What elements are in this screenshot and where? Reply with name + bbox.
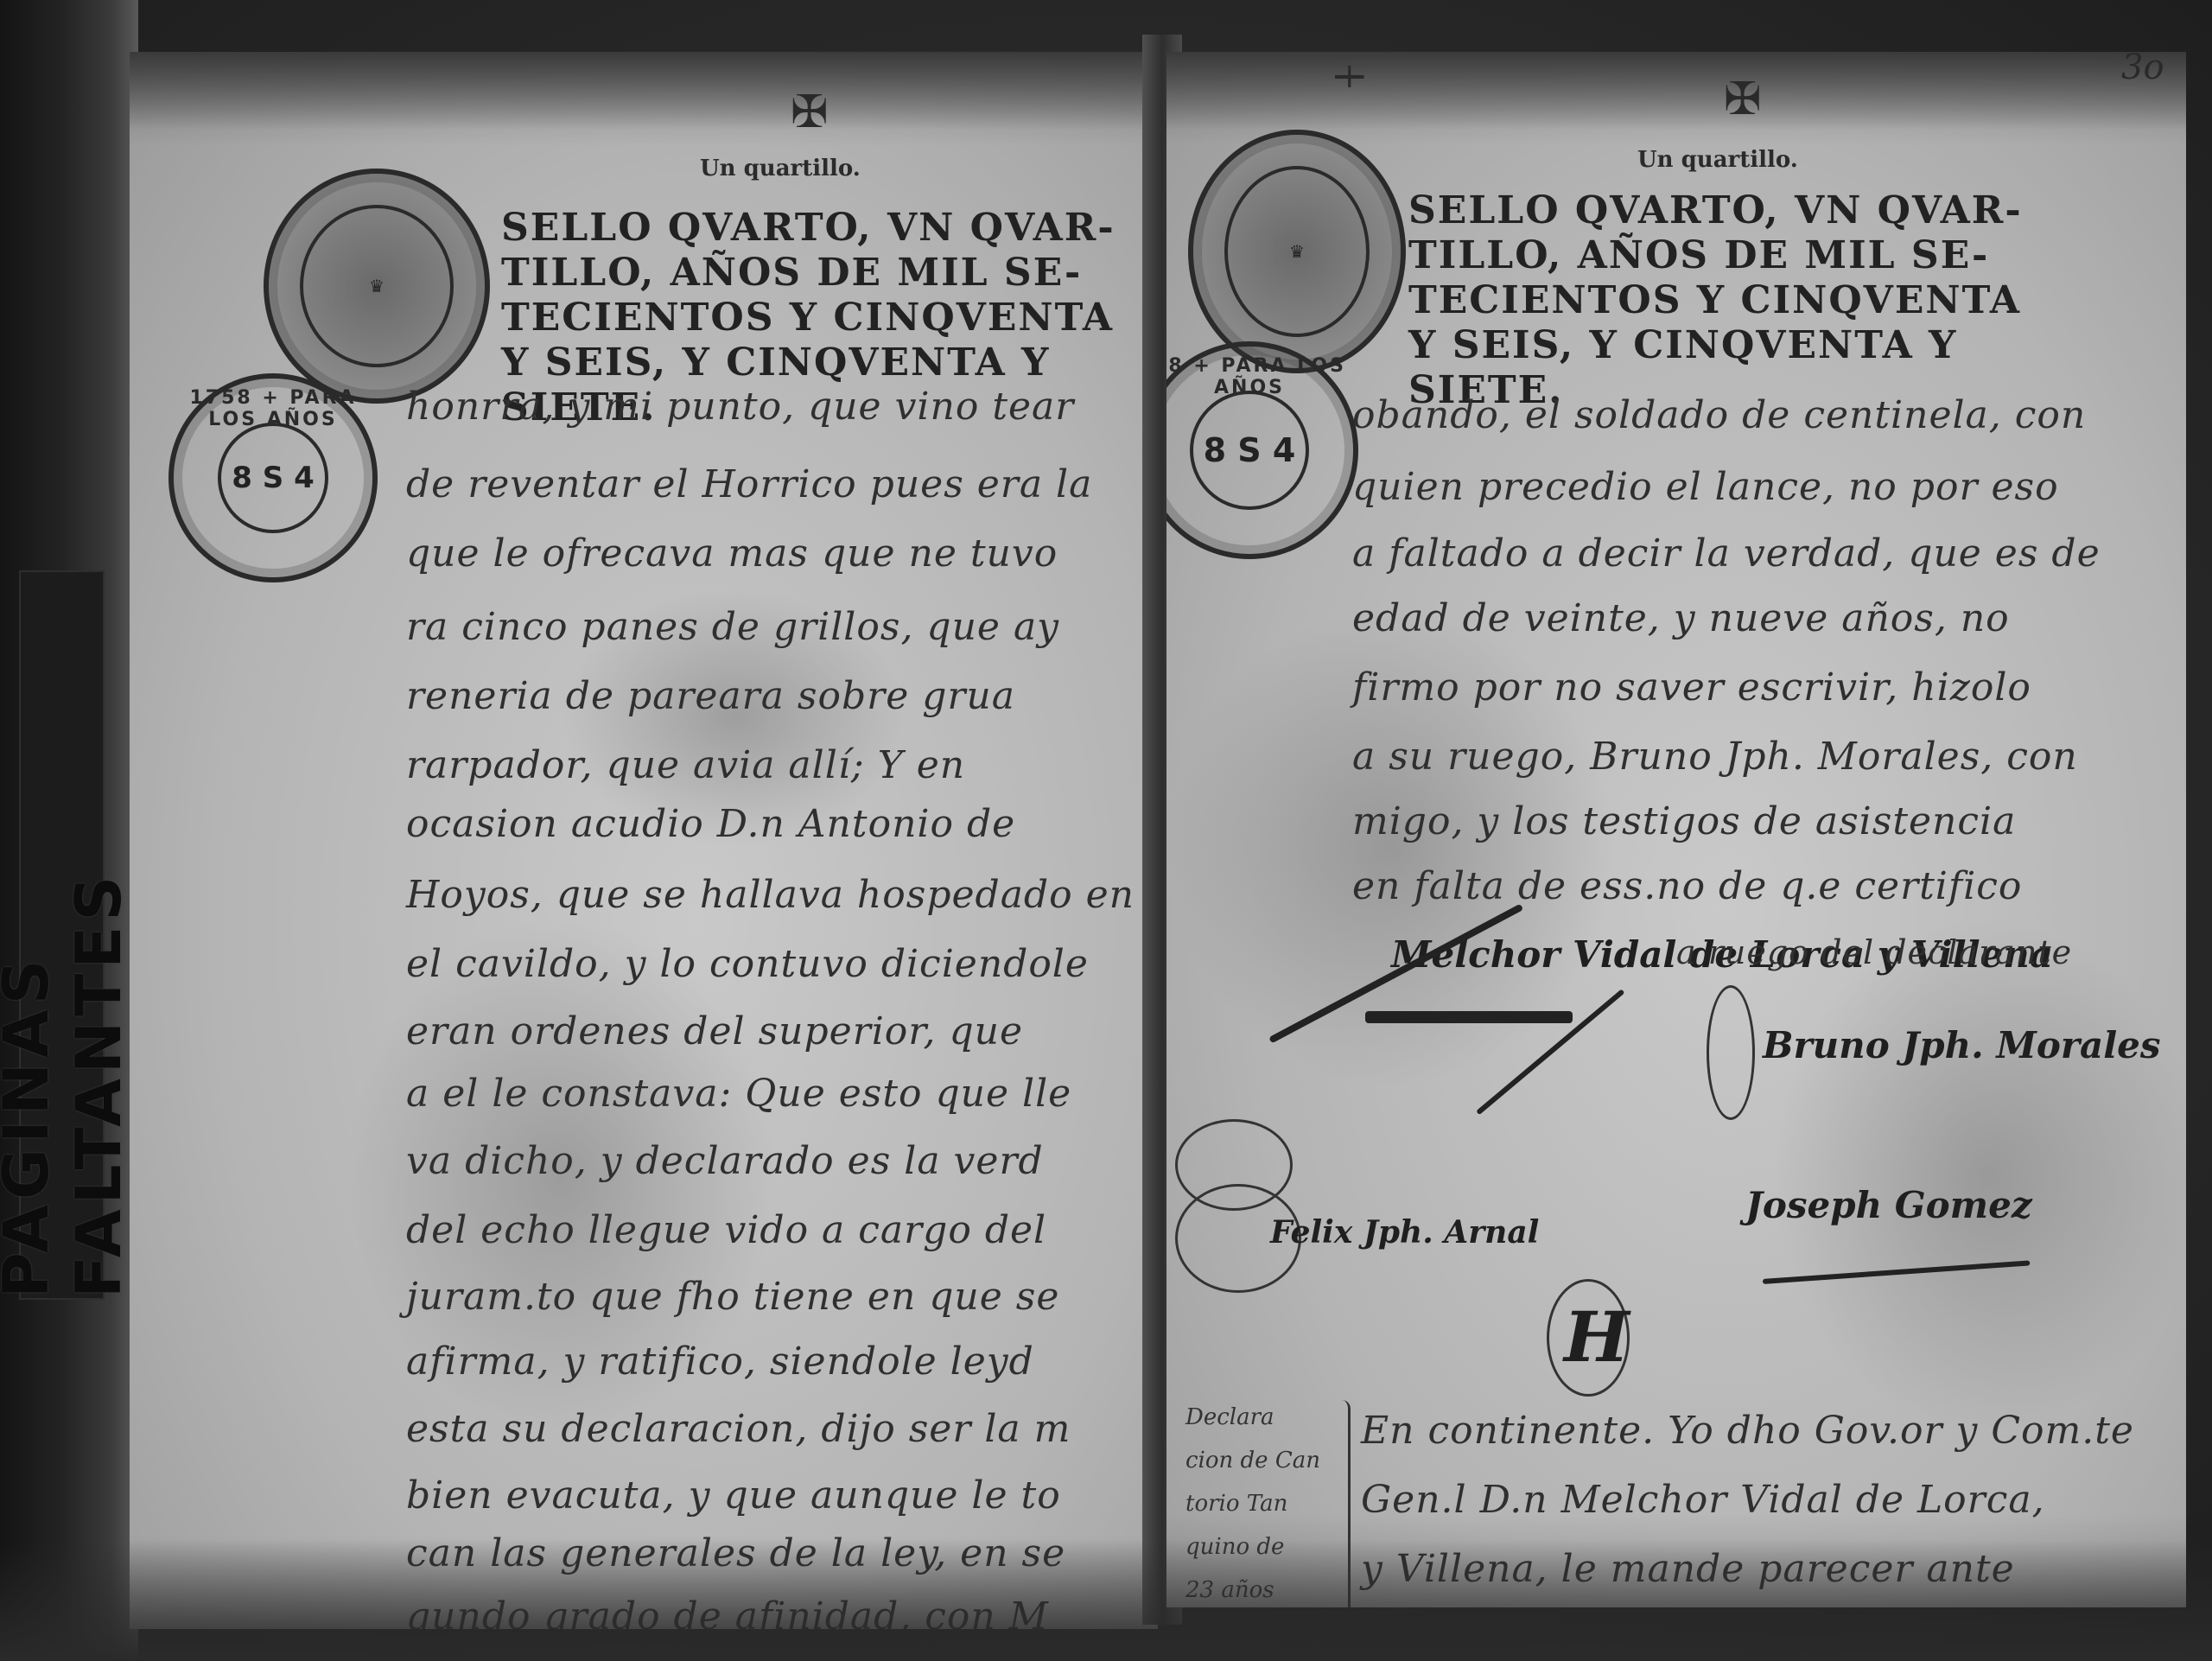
stamp-header: SELLO QVARTO, VN QVAR-TILLO, AÑOS DE MIL… bbox=[1408, 188, 2023, 413]
manuscript-line: juram.to que fho tiene en que se bbox=[406, 1275, 1059, 1319]
manuscript-line: Hoyos, que se hallava hospedado en bbox=[406, 873, 1135, 917]
signature-witness-1: Bruno Jph. Morales bbox=[1763, 1024, 2161, 1066]
binding-edge: PAGINAS FALTANTES bbox=[0, 0, 138, 1661]
margin-note-line: torio Tan bbox=[1185, 1482, 1320, 1525]
page-top-shadow bbox=[1166, 52, 2186, 130]
scan-bottom-shadow bbox=[0, 1540, 2212, 1661]
manuscript-line: va dicho, y declarado es la verd bbox=[406, 1139, 1044, 1183]
stamp-header-line: Y SEIS, Y CINQVENTA Y bbox=[1408, 323, 2023, 368]
royal-seal-icon: ♛ bbox=[1188, 130, 1406, 373]
stamp-header-line: TILLO, AÑOS DE MIL SE- bbox=[1408, 233, 2023, 278]
margin-note-line: Declara bbox=[1185, 1396, 1320, 1439]
stamp-header-line: SELLO QVARTO, VN QVAR- bbox=[501, 206, 1116, 251]
manuscript-line: en falta de ess.no de q.e certifico bbox=[1352, 864, 2022, 908]
seal-center: 8 S 4 bbox=[1190, 391, 1309, 510]
seal-center: 8 S 4 bbox=[218, 423, 328, 533]
stamp-value-label: Un quartillo. bbox=[700, 156, 861, 181]
manuscript-line: afirma, y ratifico, siendole leyd bbox=[406, 1340, 1034, 1384]
royal-seal-icon: ♛ bbox=[264, 169, 490, 404]
microfilm-scan: PAGINAS FALTANTES ✠ Un quartillo. ♛ SELL… bbox=[0, 0, 2212, 1661]
folio-number: 3o bbox=[2121, 52, 2164, 87]
rubric-mark: H bbox=[1564, 1296, 1630, 1378]
stamp-header-line: Y SEIS, Y CINQVENTA Y bbox=[501, 340, 1116, 385]
manuscript-line: honrra, y mi punto, que vino tear bbox=[406, 385, 1074, 429]
manuscript-line: ocasion acudio D.n Antonio de bbox=[406, 802, 1015, 846]
manuscript-line: ra cinco panes de grillos, que ay bbox=[406, 605, 1059, 649]
signature-witness-2: Joseph Gomez bbox=[1745, 1184, 2032, 1226]
manuscript-line: a su ruego, Bruno Jph. Morales, con bbox=[1352, 735, 2078, 779]
signature-flourish bbox=[1365, 1011, 1573, 1023]
spine-label: PAGINAS FALTANTES bbox=[19, 570, 105, 1300]
stamp-header-line: TECIENTOS Y CINQVENTA bbox=[501, 296, 1116, 340]
manuscript-line: migo, y los testigos de asistencia bbox=[1352, 799, 2016, 843]
manuscript-line: de reventar el Horrico pues era la bbox=[406, 462, 1092, 506]
crossed-folio-mark: + bbox=[1335, 56, 1364, 96]
cross-mark-icon: ✠ bbox=[1724, 73, 1762, 125]
signature-clerk: Felix Jph. Arnal bbox=[1270, 1214, 1539, 1251]
manuscript-line: quien precedio el lance, no por eso bbox=[1352, 465, 2059, 509]
seal-ring-text: 1758 + PARA LOS AÑOS bbox=[174, 387, 372, 430]
cross-mark-icon: ✠ bbox=[791, 86, 829, 138]
manuscript-line: que le ofrecava mas que ne tuvo bbox=[406, 531, 1058, 576]
stamp-header-line: TECIENTOS Y CINQVENTA bbox=[1408, 278, 2023, 323]
manuscript-line: En continente. Yo dho Gov.or y Com.te bbox=[1361, 1409, 2134, 1453]
manuscript-line: Gen.l D.n Melchor Vidal de Lorca, bbox=[1361, 1478, 2045, 1522]
habilitation-seal-icon: 1758 + PARA LOS AÑOS 8 S 4 bbox=[168, 373, 378, 582]
manuscript-line: bien evacuta, y que aunque le to bbox=[406, 1473, 1061, 1518]
habilitation-seal-icon: 58 + PARA LOS AÑOS 8 S 4 bbox=[1166, 341, 1358, 559]
manuscript-line: firmo por no saver escrivir, hizolo bbox=[1352, 665, 2031, 710]
right-page: + 3o ✠ Un quartillo. ♛ SELLO QVARTO, VN … bbox=[1166, 52, 2186, 1607]
manuscript-line: rarpador, que avia allí; Y en bbox=[406, 743, 965, 787]
spine-label-text: PAGINAS FALTANTES bbox=[0, 572, 135, 1298]
stamp-header-line: SELLO QVARTO, VN QVAR- bbox=[1408, 188, 2023, 233]
margin-note-line: cion de Can bbox=[1185, 1439, 1320, 1482]
page-top-shadow bbox=[130, 52, 1158, 130]
stamp-header-line: TILLO, AÑOS DE MIL SE- bbox=[501, 251, 1116, 296]
ruego-note: a ruego del declarante bbox=[1676, 933, 2072, 971]
manuscript-line: esta su declaracion, dijo ser la m bbox=[406, 1407, 1071, 1451]
manuscript-line: a faltado a decir la verdad, que es de bbox=[1352, 531, 2101, 576]
signature-flourish bbox=[1707, 985, 1755, 1120]
manuscript-line: a el le constava: Que esto que lle bbox=[406, 1072, 1071, 1116]
seal-ring-text: 58 + PARA LOS AÑOS bbox=[1166, 355, 1353, 398]
manuscript-line: el cavildo, y lo contuvo diciendole bbox=[406, 942, 1089, 986]
royal-arms-shield: ♛ bbox=[1224, 166, 1370, 337]
manuscript-line: del echo llegue vido a cargo del bbox=[406, 1208, 1046, 1252]
manuscript-line: eran ordenes del superior, que bbox=[406, 1009, 1023, 1053]
royal-arms-shield: ♛ bbox=[300, 205, 454, 367]
water-stain bbox=[1771, 916, 2186, 1435]
left-page: ✠ Un quartillo. ♛ SELLO QVARTO, VN QVAR-… bbox=[130, 52, 1158, 1629]
manuscript-line: edad de veinte, y nueve años, no bbox=[1352, 596, 2010, 640]
manuscript-line: obando, el soldado de centinela, con bbox=[1352, 393, 2086, 437]
manuscript-line: reneria de pareara sobre grua bbox=[406, 674, 1015, 718]
stamp-value-label: Un quartillo. bbox=[1637, 147, 1798, 173]
